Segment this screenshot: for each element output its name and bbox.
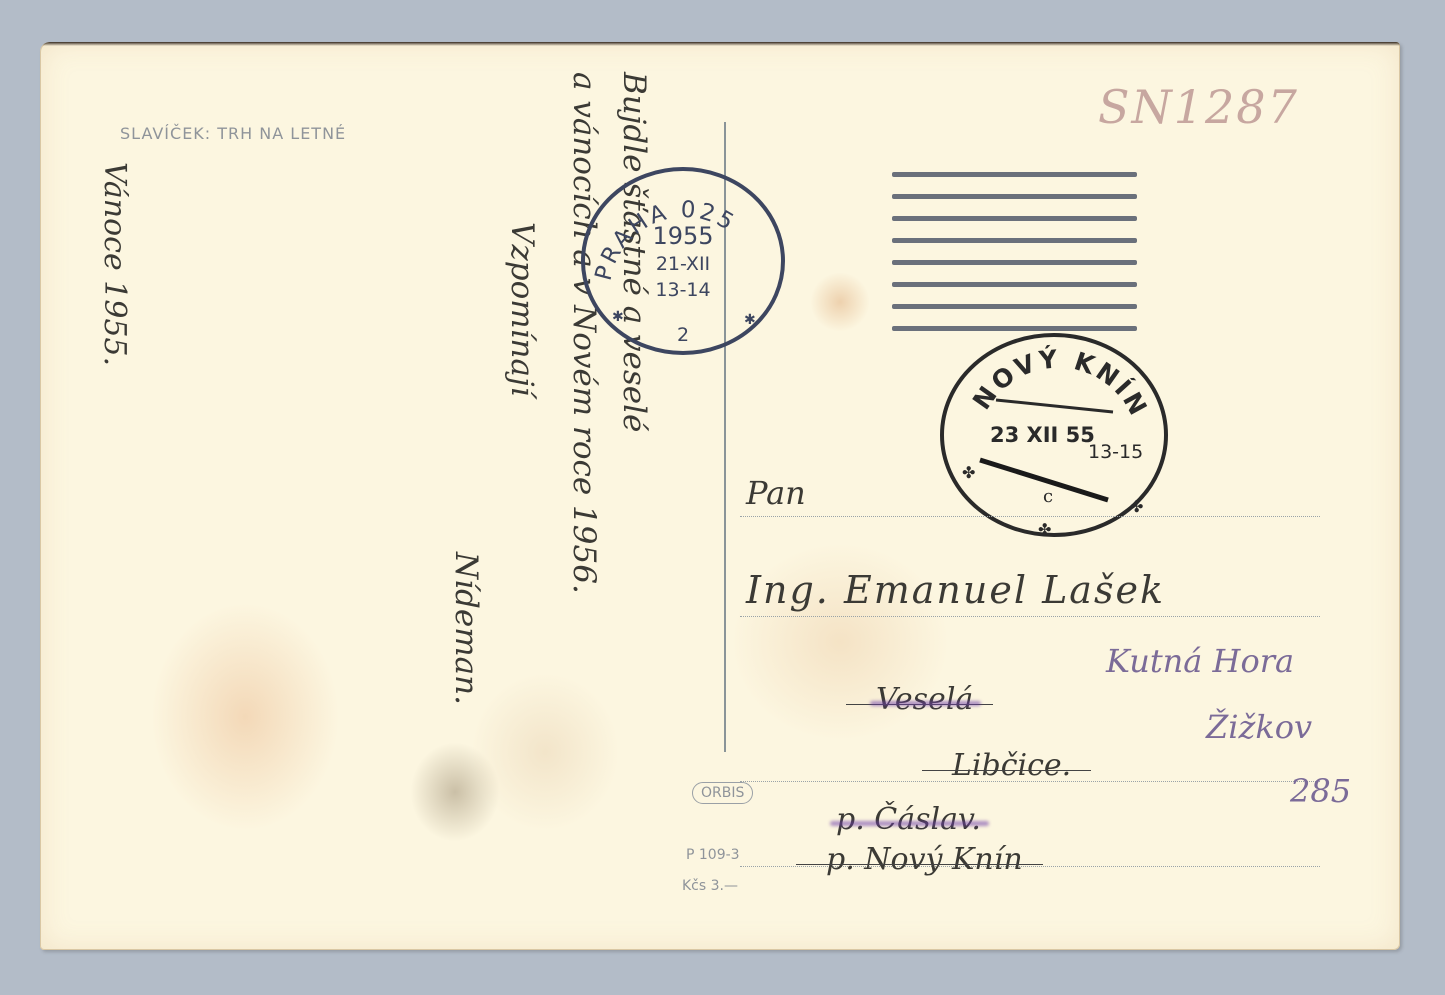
postcard-back: SLAVÍČEK: TRH NA LETNÉ SN1287 Vánoce 195…: [40, 42, 1400, 950]
artwork-caption: SLAVÍČEK: TRH NA LETNÉ: [120, 124, 346, 143]
postmark-novy-knin-letter: c: [1043, 486, 1053, 507]
pencil-redirect-district: Žižkov: [1206, 708, 1312, 746]
stain: [410, 742, 500, 842]
svg-text:NOVÝ KNÍN: NOVÝ KNÍN: [967, 343, 1154, 422]
pencil-redirect-number: 285: [1290, 772, 1351, 810]
svg-text:✤: ✤: [1038, 522, 1051, 539]
svg-text:✤: ✤: [962, 465, 975, 482]
postmark-praha-year: 1955: [652, 222, 713, 250]
catalog-code: P 109-3: [686, 847, 740, 863]
price: Kčs 3.—: [682, 878, 738, 894]
postmark-novy-knin-time: 13-15: [1088, 441, 1143, 463]
cancel-lines: [892, 172, 1137, 348]
svg-text:✱: ✱: [612, 308, 624, 324]
message-line-3: Vzpomínají: [504, 222, 540, 397]
publisher-logo: ORBIS: [692, 782, 753, 804]
postmark-praha-number: 2: [677, 324, 689, 346]
postmark-novy-knin-town: NOVÝ KNÍN: [967, 343, 1154, 422]
address-struck-line-4: p. Nový Knín: [826, 842, 1023, 877]
svg-text:✱: ✱: [744, 311, 756, 327]
svg-text:✤: ✤: [1130, 499, 1143, 516]
pencil-redirect-town: Kutná Hora: [1106, 642, 1294, 680]
stain: [150, 602, 340, 832]
postmark-praha-date: 21-XII: [656, 253, 710, 275]
address-line: [740, 516, 1320, 517]
address-struck-line-2: Libčice.: [952, 748, 1071, 783]
message-date: Vánoce 1955.: [97, 162, 132, 366]
postmark-praha-time: 13-14: [655, 279, 710, 301]
stain: [810, 272, 870, 332]
address-struck-line-1: Veselá: [876, 682, 973, 717]
archive-number: SN1287: [1098, 80, 1299, 134]
address-struck-line-3: p. Čáslav.: [836, 802, 981, 837]
message-signature: Nídeman.: [448, 552, 484, 705]
postmark-novy-knin: NOVÝ KNÍN 23 XII 55 13-15 c ✤ ✤ ✤: [938, 330, 1170, 540]
stain: [470, 672, 620, 832]
address-name: Ing. Emanuel Lašek: [746, 568, 1165, 612]
address-line: [740, 616, 1320, 617]
address-salutation: Pan: [746, 474, 806, 512]
postmark-praha: PRAHA 025 1955 21-XII 13-14 2 ✱ ✱: [580, 166, 786, 356]
postmark-novy-knin-date: 23 XII 55: [990, 423, 1095, 447]
